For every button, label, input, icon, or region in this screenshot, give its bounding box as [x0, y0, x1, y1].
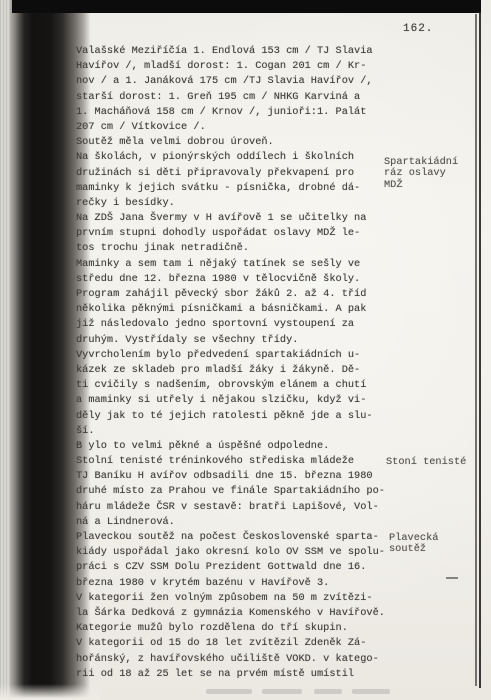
text-line: háru mládeže ČSR v sestavě: bratři Lapiš… — [76, 500, 392, 515]
margin-note-stolni-teniste: Stoní tenisté — [386, 457, 466, 468]
scan-smudge — [352, 689, 390, 694]
margin-note-spartakiada-mdz: Spartakiádní ráz oslavy MDŽ — [384, 157, 458, 191]
text-line: Valašské Meziříčía 1. Endlová 153 cm / T… — [76, 44, 392, 59]
text-line: druhé místo za Prahou ve finále Spartaki… — [76, 484, 392, 499]
text-line: března 1980 v krytém bazénu v Havířově 3… — [76, 576, 392, 591]
margin-note-plavecka-soutez: Plavecká soutěž — [389, 533, 438, 556]
text-line: tos trochu jinak netradičně. — [76, 241, 392, 256]
margin-note-line: MDŽ — [384, 180, 458, 191]
text-line: hořánský, z havířovského učiliště VOKD. … — [76, 652, 392, 667]
text-line: Havířov /, mladší dorost: 1. Cogan 201 c… — [76, 59, 392, 74]
text-line: práci s CZV SSM Dolu Prezident Gottwald … — [76, 560, 392, 575]
margin-note-line: ráz oslavy — [384, 168, 458, 179]
typewritten-body: Valašské Meziříčía 1. Endlová 153 cm / T… — [76, 44, 392, 682]
text-line: Na ZDŠ Jana Švermy v H avířově 1 se učit… — [76, 211, 392, 226]
text-line: nov / a 1. Janáková 175 cm /TJ Slavia Ha… — [76, 74, 392, 89]
text-line: Na školách, v pionýrských oddílech i ško… — [76, 150, 392, 165]
text-line: prvním stupni dohodly uspořádat oslavy M… — [76, 226, 392, 241]
text-line: TJ Baníku H avířov odbsadili dne 15. bře… — [76, 469, 392, 484]
text-line: druhým. Vystřídaly se všechny třídy. — [76, 333, 392, 348]
scanned-document-page: 162. Valašské Meziříčía 1. Endlová 153 c… — [0, 0, 491, 700]
text-line: V kategorii od 15 do 18 let zvítězil Zde… — [76, 636, 392, 651]
scan-artifact-dash — [446, 577, 458, 579]
gutter-bottom-fade — [0, 684, 100, 700]
text-line: několika pěknými písničkami a básničkami… — [76, 302, 392, 317]
text-line: děly jak to té jejich ratolesti pěkně jd… — [76, 409, 392, 424]
scan-smudge — [262, 689, 302, 694]
scan-smudge — [206, 689, 252, 694]
margin-note-line: Stoní tenisté — [386, 457, 466, 468]
text-line: rii od 18 až 25 let se na prvém místě um… — [76, 667, 392, 682]
text-line: kiády uspořádal jako okresní kolo OV SSM… — [76, 545, 392, 560]
text-line: rečky i besídky. — [76, 196, 392, 211]
text-line: Soutěž měla velmi dobrou úroveň. — [76, 135, 392, 150]
text-line: středu dne 12. března 1980 v tělocvičně … — [76, 272, 392, 287]
text-line: ší. — [76, 424, 392, 439]
text-line: Plaveckou soutěž na počest Československ… — [76, 530, 392, 545]
page-number: 162. — [403, 23, 433, 35]
text-line: kázek ze skladeb pro mladší žáky i žákyn… — [76, 363, 392, 378]
scan-top-bar — [12, 0, 481, 13]
scan-smudge — [314, 689, 342, 694]
text-line: 207 cm / Vítkovice /. — [76, 120, 392, 135]
text-line: Kategorie mužů bylo rozdělena do tří sku… — [76, 621, 392, 636]
text-line: Maminky a sem tam i nějaký tatínek se se… — [76, 257, 392, 272]
text-line: maminky k jejich svátku - písnička, drob… — [76, 181, 392, 196]
text-line: starší dorost: 1. Greň 195 cm / NHKG Kar… — [76, 90, 392, 105]
text-line: ti cvičily s nadšením, obrovským elánem … — [76, 378, 392, 393]
text-line: družinách si děti připravovaly překvapen… — [76, 166, 392, 181]
text-line: V kategorii žen volným způsobem na 50 m … — [76, 591, 392, 606]
text-line: B ylo to velmi pěkné a úspěšné odpoledne… — [76, 439, 392, 454]
text-line: la Šárka Dedková z gymnázia Komenského v… — [76, 606, 392, 621]
margin-note-line: soutěž — [389, 544, 438, 555]
text-line: 1. Macháňová 158 cm / Krnov /, junioři:1… — [76, 105, 392, 120]
text-line: Stolní tenisté tréninkového střediska ml… — [76, 454, 392, 469]
page-edge-rule-inner — [475, 14, 477, 686]
text-line: ná a Lindnerová. — [76, 515, 392, 530]
text-line: a maminky si utřely i nějakou slzičku, k… — [76, 393, 392, 408]
text-line: Program zahájil pěvecký sbor žáků 2. až … — [76, 287, 392, 302]
page-edge-rule-outer — [479, 12, 481, 688]
text-line: Vyvrcholením bylo předvedení spartakiádn… — [76, 348, 392, 363]
text-line: již následovalo jedno sportovní vystoupe… — [76, 317, 392, 332]
